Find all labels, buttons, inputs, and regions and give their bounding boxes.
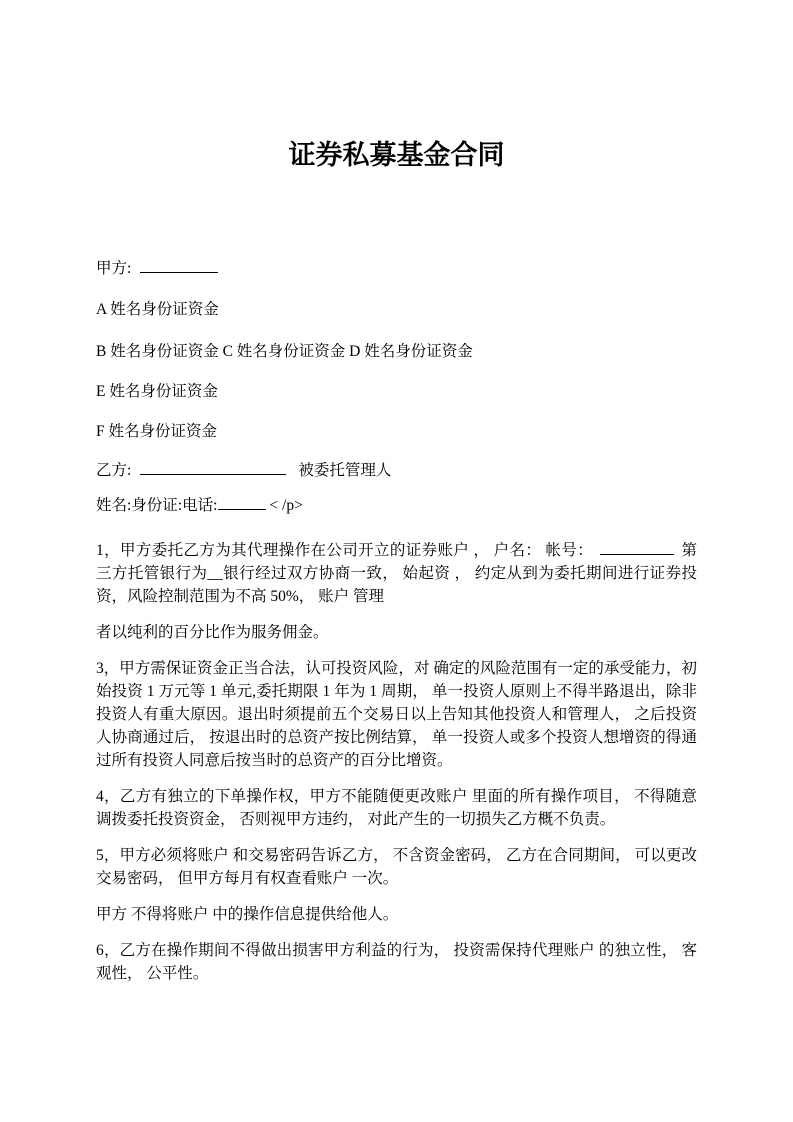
document-title: 证券私募基金合同 [0,0,793,172]
phone-blank [218,495,266,510]
party-b-label: 乙方: [96,462,131,479]
party-a-member-f: F 姓名身份证资金 [96,421,697,442]
clause-4: 4，乙方有独立的下单操作权，甲方不能随便更改账户 里面的所有操作项目， 不得随意… [96,785,697,831]
clause-3: 3，甲方需保证资金正当合法，认可投资风险，对 确定的风险范围有一定的承受能力，初… [96,657,697,772]
clause-1-text-before: 1，甲方委托乙方为其代理操作在公司开立的证券账户 ， 户名： 帐号： [96,542,593,559]
party-a-member-e: E 姓名身份证资金 [96,381,697,402]
party-a-member-a: A 姓名身份证资金 [96,299,697,320]
party-a-line: 甲方: [96,258,697,279]
party-a-members-bcd: B 姓名身份证资金 C 姓名身份证资金 D 姓名身份证资金 [96,341,697,362]
party-b-contact-tail: < /p> [269,497,302,514]
clause-2: 者以纯利的百分比作为服务佣金。 [96,621,697,644]
party-a-name-blank [140,258,218,273]
party-b-contact-line: 姓名:身份证:电话:< /p> [96,495,697,516]
account-number-blank [600,540,674,555]
party-b-line: 乙方:被委托管理人 [96,460,697,481]
clause-6: 6，乙方在操作期间不得做出损害甲方利益的行为， 投资需保持代理账户 的独立性， … [96,939,697,985]
clause-5: 5，甲方必须将账户 和交易密码告诉乙方， 不含资金密码， 乙方在合同期间， 可以… [96,844,697,890]
party-b-contact-prefix: 姓名:身份证:电话: [96,497,217,514]
party-a-label: 甲方: [96,260,131,277]
contract-document-page: 证券私募基金合同 甲方: A 姓名身份证资金 B 姓名身份证资金 C 姓名身份证… [0,0,793,1122]
clause-5-note: 甲方 不得将账户 中的操作信息提供给他人。 [96,903,697,926]
party-b-name-blank [140,460,286,475]
document-body: 甲方: A 姓名身份证资金 B 姓名身份证资金 C 姓名身份证资金 D 姓名身份… [96,258,697,985]
party-b-role: 被委托管理人 [298,462,391,479]
clause-1: 1，甲方委托乙方为其代理操作在公司开立的证券账户 ， 户名： 帐号：第三方托管银… [96,539,697,608]
